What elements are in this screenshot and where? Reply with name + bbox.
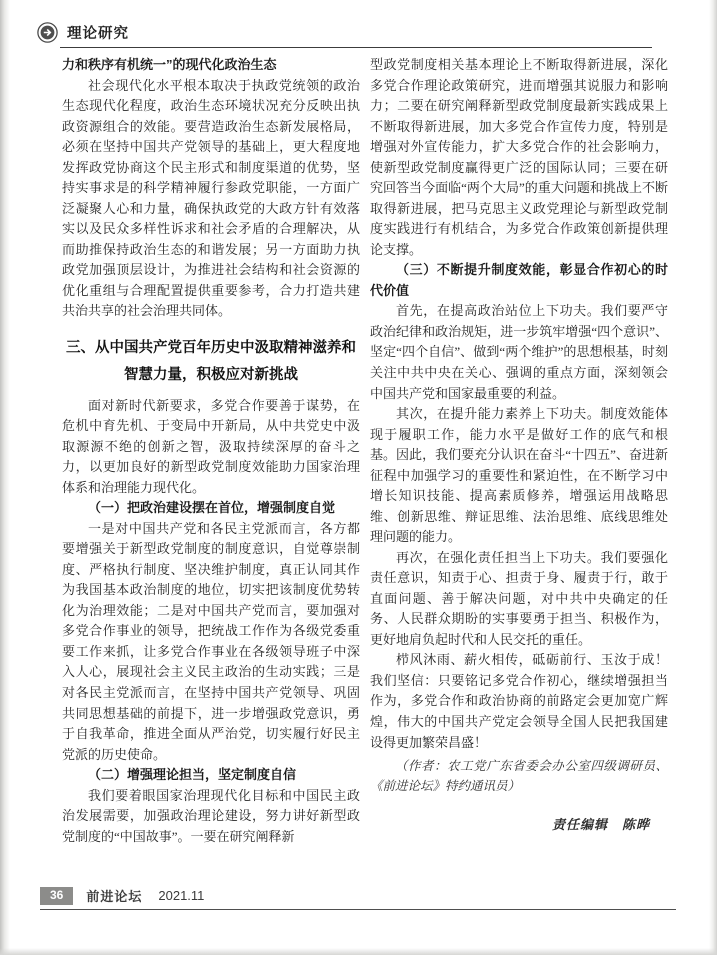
left-column: 力和秩序有机统一”的现代化政治生态 社会现代化水平根本取决于执政党统领的政治生态… [62, 55, 360, 867]
paragraph: 再次，在强化责任担当上下功夫。我们要强化责任意识，知责于心、担责于身、履责于行，… [370, 548, 668, 651]
footer-rule [40, 909, 676, 910]
paragraph: 面对新时代新要求，多党合作要善于谋势，在危机中育先机、于变局中开新局，从中共党史… [62, 396, 360, 499]
paragraph: 我们要着眼国家治理现代化目标和中国民主政治发展需要，加强政治理论建设，努力讲好新… [62, 786, 360, 848]
journal-title: 前进论坛 [86, 886, 142, 905]
journal-issue: 2021.11 [158, 888, 204, 903]
sub-heading: （二）增强理论担当，坚定制度自信 [62, 765, 360, 786]
page-number-badge: 36 [40, 887, 73, 905]
arrow-circle-icon [37, 22, 58, 43]
page-header: 理论研究 [37, 22, 129, 43]
paragraph: 一是对中国共产党和各民主党派而言，各方都要增强关于新型政党制度的制度意识，自觉尊… [62, 519, 360, 765]
scan-edge-bottom [0, 948, 717, 955]
paragraph-continuation: 型政党制度相关基本理论上不断取得新进展，深化多党合作理论政策研究，进而增强其说服… [370, 55, 668, 260]
article-body: 力和秩序有机统一”的现代化政治生态 社会现代化水平根本取决于执政党统领的政治生态… [62, 55, 668, 867]
paragraph: 社会现代化水平根本取决于执政党统领的政治生态现代化程度，政治生态环境状况充分反映… [62, 76, 360, 322]
paragraph: 首先，在提高政治站位上下功夫。我们要严守政治纪律和政治规矩，进一步筑牢增强“四个… [370, 301, 668, 404]
editor-credit: 责任编辑 陈晔 [370, 815, 650, 836]
header-rule [60, 47, 652, 48]
paragraph: 其次，在提升能力素养上下功夫。制度效能体现于履职工作，能力水平是做好工作的底气和… [370, 404, 668, 548]
page-footer: 36 前进论坛 2021.11 [40, 886, 204, 905]
section-heading: 三、从中国共产党百年历史中汲取精神滋养和智慧力量，积极应对新挑战 [66, 335, 356, 389]
sub-heading: （一）把政治建设摆在首位，增强制度自觉 [62, 498, 360, 519]
lead-bold-line: 力和秩序有机统一”的现代化政治生态 [62, 55, 360, 76]
column-header-title: 理论研究 [67, 22, 129, 43]
journal-page: 理论研究 力和秩序有机统一”的现代化政治生态 社会现代化水平根本取决于执政党统领… [0, 0, 717, 955]
author-note: （作者：农工党广东省委会办公室四级调研员、《前进论坛》特约通讯员） [370, 757, 668, 797]
paragraph: 栉风沐雨、薪火相传，砥砺前行、玉汝于成！我们坚信：只要铭记多党合作初心，继续增强… [370, 650, 668, 753]
scan-edge-left [0, 0, 10, 955]
right-column: 型政党制度相关基本理论上不断取得新进展，深化多党合作理论政策研究，进而增强其说服… [370, 55, 668, 867]
scan-edge-right [709, 0, 717, 955]
sub-heading: （三）不断提升制度效能，彰显合作初心的时代价值 [370, 260, 668, 301]
